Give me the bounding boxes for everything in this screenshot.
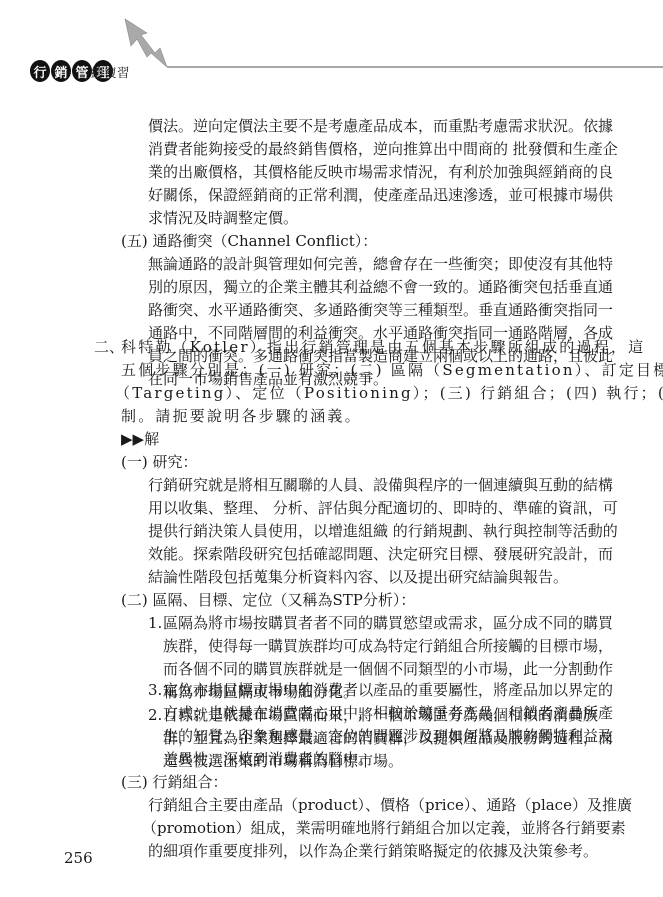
text-line: 區隔為將市場按購買者者不同的購買慾望或需求，區分成不同的購買 [163, 612, 595, 635]
text-line: 求情況及時調整定價。 [148, 207, 298, 230]
header-rule [167, 66, 663, 68]
text-line: 無論通路的設計與管理如何完善，總會存在一些衝突；即使沒有其他特 [148, 253, 595, 276]
arrow-up-left-icon [120, 15, 170, 71]
answer-marker: ▶▶解 [121, 428, 159, 451]
item-number: 3. [148, 679, 162, 702]
text-line: 差異性，深植到消費者的腦中。 [163, 748, 373, 771]
text-line: 用以收集、整理、 分析、評估與分配適切的、即時的、準確的資訊，可 [148, 497, 595, 520]
text-line: 提供行銷決策人員使用，以增進組織 的行銷規劃、執行與控制等活動的 [148, 520, 595, 543]
text-line: （promotion）組成，業需明確地將行銷組合加以定義，並將各行銷要素 [142, 817, 595, 840]
text-line: 別的原因，獨立的企業主體其利益總不會一致的。通路衝突包括垂直通 [148, 276, 595, 299]
text-line: 定位亦指目標市場中的消費者以產品的重要屬性，將產品加以界定的 [163, 679, 595, 702]
item-number: 2. [148, 704, 162, 727]
text-line: 價法。逆向定價法主要不是考慮產品成本，而重點考慮需求狀況。依據 [148, 115, 595, 138]
text-line: 結論性階段包括蒐集分析資料內容、以及提出研究結論與報告。 [148, 566, 568, 589]
section-heading: (三) 行銷組合： [121, 771, 227, 794]
text-line: 路衝突、水平通路衝突、多通路衝突等三種類型。垂直通路衝突指同一 [148, 299, 595, 322]
title-badge: 管 [72, 60, 92, 82]
text-line: 行銷研究就是將相互關聯的人員、設備與程序的一個連續與互動的結構 [148, 474, 595, 497]
text-line: 好關係，保證經銷商的正常利潤，使產產品迅速滲透，並可根據市場供 [148, 184, 595, 207]
title-badge: 銷 [51, 60, 71, 82]
text-line: 而各個不同的購買族群就是一個個不同類型的小市場，此一分割動作 [163, 658, 595, 681]
text-line: 效能。探索階段研究包括確認問題、決定研究目標、發展研究設計，而 [148, 543, 595, 566]
question-line: 五個步驟分別是：(一) 研究；(二) 區隔（Segmentation）、訂定目標 [121, 359, 595, 382]
section-heading: (一) 研究： [121, 451, 197, 474]
text-line: 消費者能夠接受的最終銷售價格，逆向推算出中間商的 批發價和生產企 [148, 138, 595, 161]
section-heading: (五) 通路衝突（Channel Conflict）： [121, 230, 377, 253]
text-line: 生的知覺、印象和感覺。定位的問題涉及到如何將品牌的獨特利益及 [163, 725, 595, 748]
title-badge: 行 [30, 60, 50, 82]
question-line: （Targeting）、定位（Positioning）；(三) 行銷組合；(四)… [115, 382, 595, 405]
page-header: 行 銷 管 理 總複習 [0, 0, 663, 90]
text-line: 方式；也就是在消費者心目中，相較於競爭者產品，行銷者產品所產 [163, 702, 595, 725]
item-number: 1. [148, 612, 162, 635]
text-line: 族群，使得每一購買族群均可成為特定行銷組合所接觸的目標市場， [163, 635, 595, 658]
question-number: 二、 [94, 336, 124, 359]
section-heading: (二) 區隔、目標、定位（又稱為STP分析）： [121, 589, 415, 612]
page-number: 256 [64, 849, 93, 867]
text-line: 的細項作重要度排列，以作為企業行銷策略擬定的依據及決策參考。 [148, 840, 598, 863]
text-line: 行銷組合主要由產品（product）、價格（price）、通路（place）及推… [148, 794, 595, 817]
question-line: 制。請扼要說明各步驟的涵義。 [121, 405, 362, 428]
question-line: 科特勒（Kotler）指出行銷管理是由五個基本步驟所組成的過程，這 [121, 336, 595, 359]
text-line: 業的出廠價格，其價格能反映市場需求情況，有利於加強與經銷商的良 [148, 161, 595, 184]
